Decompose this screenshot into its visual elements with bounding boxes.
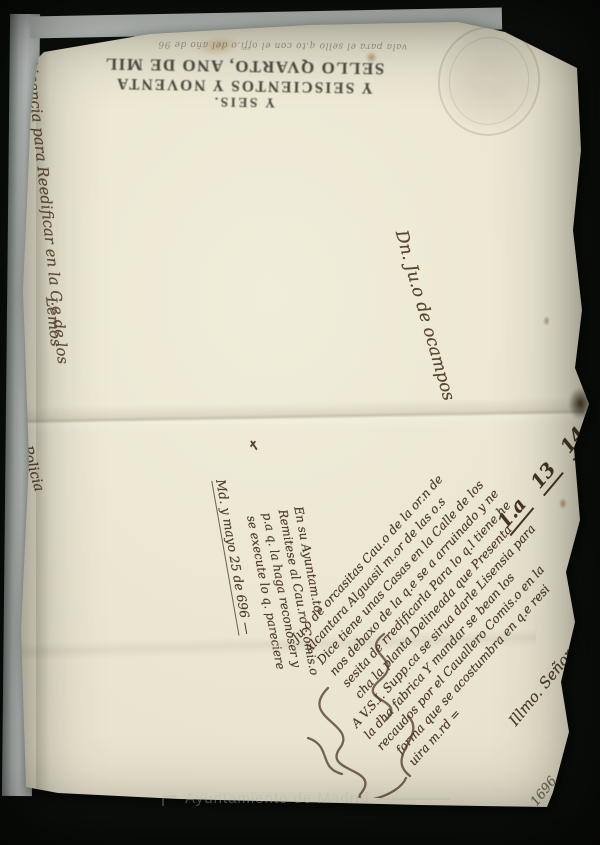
fiscal-stamp-text: SELLO QVARTO, ANO DE MIL Y SEISCIENTOS Y… [72, 53, 417, 113]
addressee-note: Dn. Ju.o de ocampos [391, 228, 459, 403]
signature-rubric-flourish [288, 628, 438, 798]
paper-wrap: vala para el sello q.to con el offi.o de… [0, 0, 600, 845]
manuscript-paper: vala para el sello q.to con el offi.o de… [0, 0, 600, 845]
official-seal-icon [429, 18, 549, 144]
official-seal-inner-ring [442, 31, 536, 132]
decree-date: Md. y mayo 25 de 696 — [211, 478, 255, 636]
paper-speck [543, 316, 550, 326]
watermark-text: Ayuntamiento de Madrid [185, 790, 369, 807]
cross-mark-icon: ✝ [244, 437, 264, 456]
horizontal-fold-crease [18, 397, 584, 435]
year-mark: 1696 [528, 774, 560, 809]
archive-watermark: Ayuntamiento de Madrid [162, 790, 450, 807]
watermark-dash-icon [378, 798, 450, 800]
margin-note-pa: P.a [9, 430, 27, 451]
archive-photo-stage: vala para el sello q.to con el offi.o de… [0, 0, 600, 845]
stamp-habilitation-line: vala para el sello q.to con el offi.o de… [140, 39, 425, 52]
watermark-bracket-icon [162, 795, 176, 806]
